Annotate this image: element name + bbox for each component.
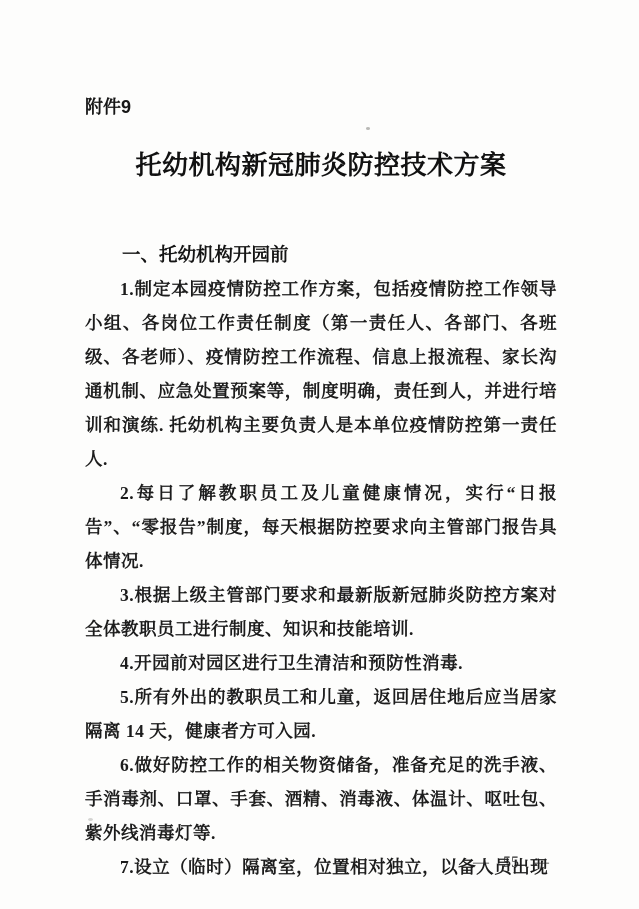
section-heading: 一、托幼机构开园前: [85, 238, 557, 272]
scan-artifact: [366, 127, 370, 130]
paragraph-5: 5.所有外出的教职员工和儿童，返回居住地后应当居家隔离 14 天，健康者方可入园…: [85, 680, 557, 748]
document-page: 附件9 托幼机构新冠肺炎防控技术方案 一、托幼机构开园前 1.制定本园疫情防控工…: [0, 0, 639, 909]
page-number: — 55 —: [473, 854, 549, 872]
document-title: 托幼机构新冠肺炎防控技术方案: [85, 146, 557, 184]
paragraph-3: 3.根据上级主管部门要求和最新版新冠肺炎防控方案对全体教职员工进行制度、知识和技…: [85, 578, 557, 646]
paragraph-6: 6.做好防控工作的相关物资储备，准备充足的洗手液、手消毒剂、口罩、手套、酒精、消…: [85, 748, 557, 850]
attachment-label: 附件9: [85, 96, 557, 118]
scan-artifact: [88, 818, 93, 821]
paragraph-2: 2.每日了解教职员工及儿童健康情况，实行“日报告”、“零报告”制度，每天根据防控…: [85, 476, 557, 578]
paragraph-4: 4.开园前对园区进行卫生清洁和预防性消毒.: [85, 646, 557, 680]
document-content: 附件9 托幼机构新冠肺炎防控技术方案 一、托幼机构开园前 1.制定本园疫情防控工…: [85, 96, 557, 884]
paragraph-1: 1.制定本园疫情防控工作方案，包括疫情防控工作领导小组、各岗位工作责任制度（第一…: [85, 272, 557, 476]
